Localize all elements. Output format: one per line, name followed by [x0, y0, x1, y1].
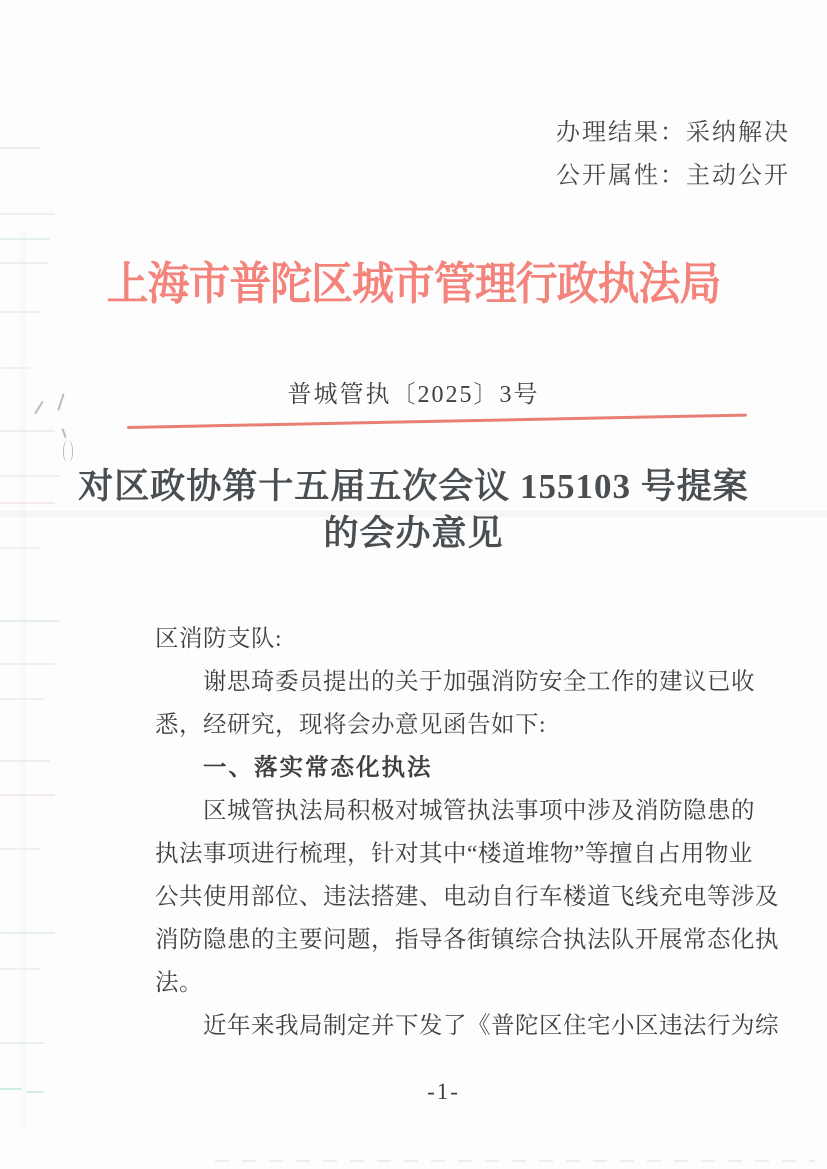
body-line: 谢思琦委员提出的关于加强消防安全工作的建议已收 — [155, 661, 749, 704]
scan-artifact-tick — [0, 848, 40, 850]
scan-artifact-tick — [0, 698, 45, 700]
body-line: 悉，经研究，现将会办意见函告如下: — [155, 704, 749, 747]
scan-artifact-bleedthrough — [215, 1160, 815, 1162]
scan-artifact-tick — [0, 502, 55, 504]
page-number: -1- — [30, 1079, 827, 1105]
document-title-line2: 的会办意见 — [0, 510, 827, 557]
scan-artifact-tick — [0, 620, 60, 622]
red-divider-line — [127, 414, 747, 429]
scan-artifact-tick — [0, 663, 55, 665]
scanned-document-page: 办理结果：采纳解决 公开属性：主动公开 上海市普陀区城市管理行政执法局 普城管执… — [0, 0, 827, 1169]
scan-artifact-tick — [0, 1088, 22, 1090]
scan-artifact-vertical-streak — [20, 230, 26, 1130]
document-body: 区消防支队: 谢思琦委员提出的关于加强消防安全工作的建议已收 悉，经研究，现将会… — [155, 618, 749, 1048]
scan-artifact-tick — [0, 238, 50, 240]
scan-artifact-tick — [0, 147, 40, 149]
scan-artifact-tick — [0, 430, 55, 432]
processing-result: 办理结果：采纳解决 — [556, 112, 790, 155]
body-line: 近年来我局制定并下发了《普陀区住宅小区违法行为综 — [155, 1005, 749, 1048]
body-line: 法。 — [155, 962, 749, 1005]
scan-artifact-tick — [0, 367, 30, 369]
scan-artifact-tick — [0, 1042, 45, 1044]
document-title-line1: 对区政协第十五届五次会议 155103 号提案 — [0, 463, 827, 510]
scan-artifact-pen-mark — [63, 440, 73, 462]
scan-artifact-tick — [0, 547, 40, 549]
body-line: 区城管执法局积极对城管执法事项中涉及消防隐患的 — [155, 790, 749, 833]
scan-artifact-tick — [0, 213, 55, 215]
body-line: 消防隐患的主要问题，指导各街镇综合执法队开展常态化执 — [155, 919, 749, 962]
scan-artifact-tick — [26, 1091, 44, 1093]
scan-artifact-tick — [0, 262, 48, 264]
scan-artifact-tick — [0, 968, 40, 970]
body-line: 执法事项进行梳理，针对其中“楼道堆物”等擅自占用物业 — [155, 833, 749, 876]
document-title: 对区政协第十五届五次会议 155103 号提案 的会办意见 — [0, 463, 827, 557]
scan-artifact-tick — [0, 475, 60, 477]
scan-artifact-tick — [0, 932, 55, 934]
scan-artifact-tick — [0, 311, 40, 313]
disclosure-attribute: 公开属性：主动公开 — [556, 155, 790, 198]
document-number: 普城管执〔2025〕3号 — [0, 374, 827, 409]
meta-block: 办理结果：采纳解决 公开属性：主动公开 — [556, 112, 790, 198]
scan-artifact-pen-mark — [61, 428, 66, 438]
scan-artifact-tick — [0, 760, 50, 762]
scan-artifact-tick — [0, 794, 55, 796]
scan-artifact-streak — [0, 511, 827, 517]
agency-letterhead: 上海市普陀区城市管理行政执法局 — [29, 247, 798, 312]
body-line: 公共使用部位、违法搭建、电动自行车楼道飞线充电等涉及 — [155, 876, 749, 919]
body-section-heading: 一、落实常态化执法 — [155, 747, 749, 790]
body-line: 区消防支队: — [155, 618, 749, 661]
